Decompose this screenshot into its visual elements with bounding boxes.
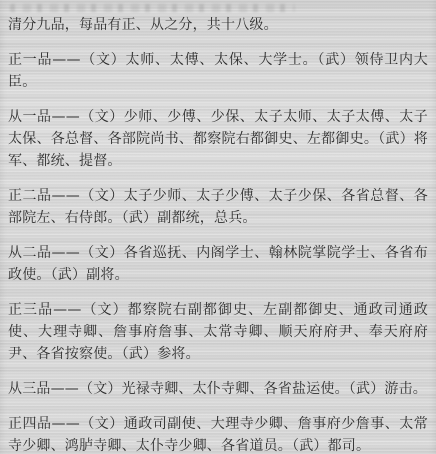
paragraph-cong-er-pin: 从二品——（文）各省巡抚、内阁学士、翰林院掌院学士、各省布政使。（武）副将。 [8,242,428,286]
paragraph-intro: 清分九品，每品有正、从之分，共十八级。 [8,14,428,36]
paragraph-zheng-si-pin: 正四品——（文）通政司副使、大理寺少卿、詹事府少詹事、太常寺少卿、鸿胪寺卿、太仆… [8,413,428,454]
document-page: 清分九品，每品有正、从之分，共十八级。 正一品——（文）太师、太傅、太保、大学士… [0,0,436,454]
paragraph-cong-san-pin: 从三品——（文）光禄寺卿、太仆寺卿、各省盐运使。（武）游击。 [8,378,428,400]
paragraph-zheng-er-pin: 正二品——（文）太子少师、太子少傅、太子少保、各省总督、各部院左、右侍郎。（武）… [8,185,428,229]
faded-text-artifact [10,4,295,12]
paragraph-cong-yi-pin: 从一品——（文）少师、少傅、少保、太子太师、太子太傅、太子太保、各总督、各部院尚… [8,106,428,172]
paragraph-zheng-yi-pin: 正一品——（文）太师、太傅、太保、大学士。（武）领侍卫内大臣。 [8,49,428,93]
rank-list-document: 清分九品，每品有正、从之分，共十八级。 正一品——（文）太师、太傅、太保、大学士… [8,14,428,454]
paragraph-zheng-san-pin: 正三品——（文）都察院右副都御史、左副都御史、通政司通政使、大理寺卿、詹事府詹事… [8,299,428,365]
